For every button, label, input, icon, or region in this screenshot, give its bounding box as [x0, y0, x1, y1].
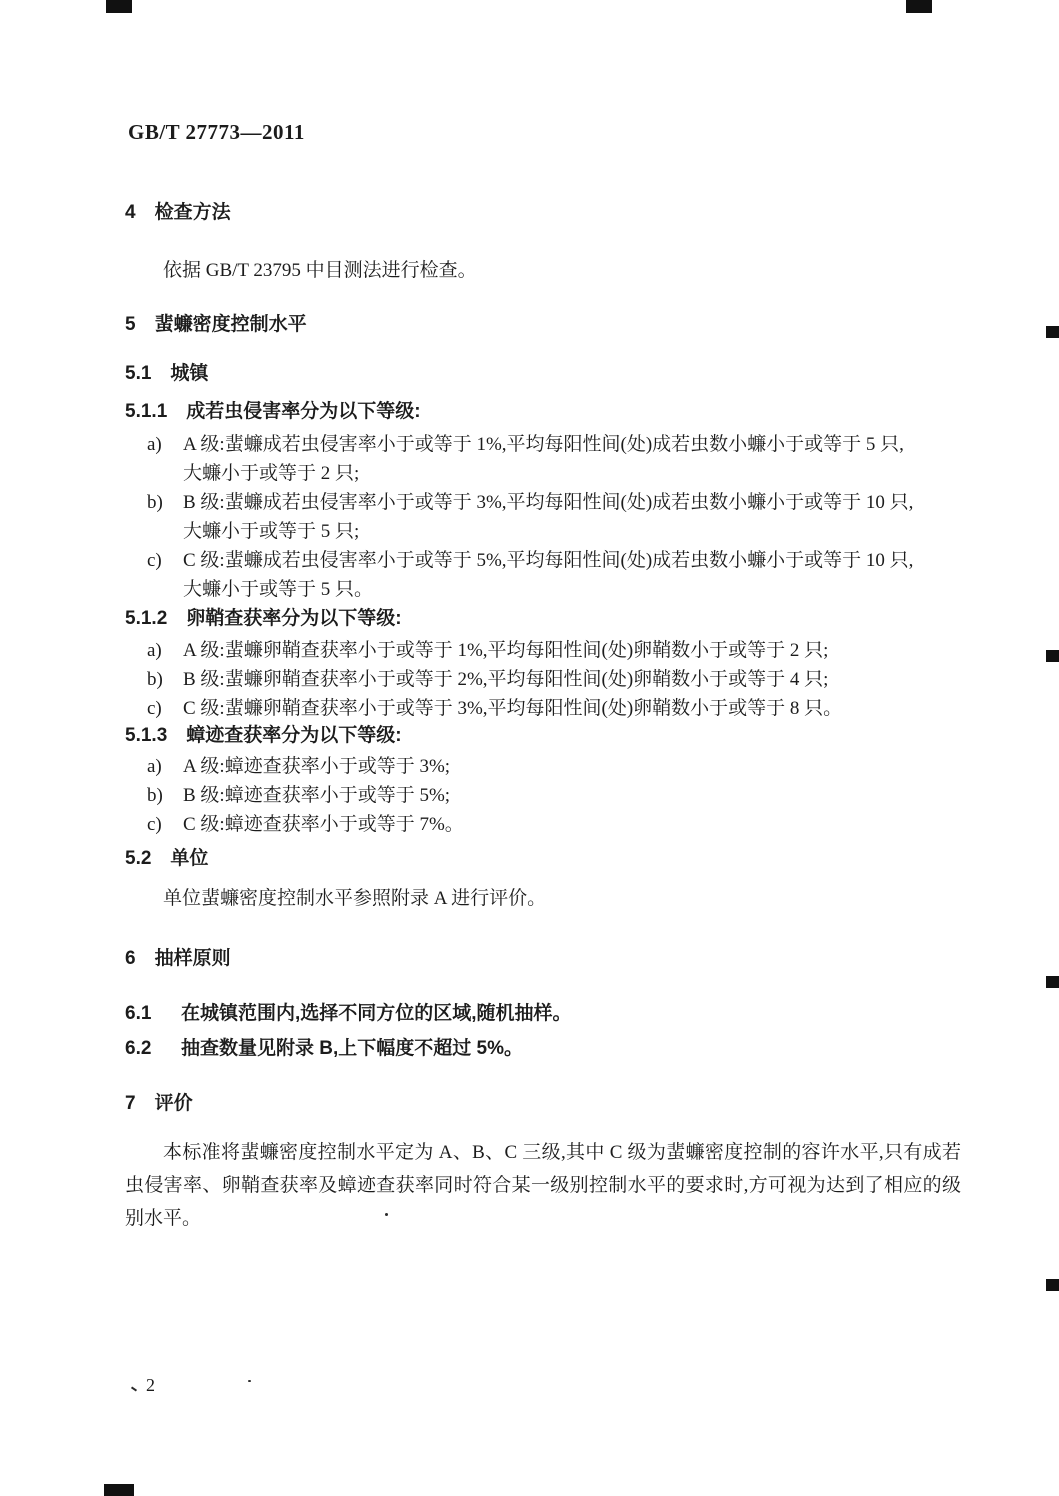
list-item-text: A 级:蟑迹查获率小于或等于 3%;: [183, 752, 960, 781]
scan-dot-1: [385, 1213, 388, 1216]
section-4-number: 4: [125, 202, 136, 223]
section-5-number: 5: [125, 314, 136, 335]
scan-mark-right-1: [1046, 326, 1059, 338]
list-item: c) C 级:蟑迹查获率小于或等于 7%。: [125, 810, 960, 839]
list-item-marker: a): [147, 430, 183, 488]
list-item-marker: b): [147, 488, 183, 546]
list-item-text: A 级:蜚蠊成若虫侵害率小于或等于 1%,平均每阳性间(处)成若虫数小蠊小于或等…: [183, 430, 960, 488]
section-5-1-2-heading: 5.1.2卵鞘查获率分为以下等级:: [125, 607, 960, 631]
document-page: GB/T 27773—2011 4检查方法 依据 GB/T 23795 中目测法…: [0, 0, 1059, 1496]
section-5-2-title: 单位: [170, 848, 208, 869]
section-5-1-2-list: a) A 级:蜚蠊卵鞘查获率小于或等于 1%,平均每阳性间(处)卵鞘数小于或等于…: [125, 636, 960, 723]
page-number: 2: [146, 1374, 155, 1396]
list-item-text: C 级:蟑迹查获率小于或等于 7%。: [183, 810, 960, 839]
section-5-1-3-number: 5.1.3: [125, 725, 167, 746]
scan-mark-right-4: [1046, 1279, 1059, 1291]
list-item-marker: c): [147, 694, 183, 723]
list-item: a) A 级:蜚蠊成若虫侵害率小于或等于 1%,平均每阳性间(处)成若虫数小蠊小…: [125, 430, 960, 488]
section-4-heading: 4检查方法: [125, 201, 960, 225]
scan-tick-page: [131, 1386, 137, 1391]
section-5-1-1-list: a) A 级:蜚蠊成若虫侵害率小于或等于 1%,平均每阳性间(处)成若虫数小蠊小…: [125, 430, 960, 604]
section-5-1-1-number: 5.1.1: [125, 401, 167, 422]
section-7-body: 本标准将蜚蠊密度控制水平定为 A、B、C 三级,其中 C 级为蜚蠊密度控制的容许…: [125, 1136, 961, 1235]
list-item: a) A 级:蟑迹查获率小于或等于 3%;: [125, 752, 960, 781]
section-5-2-heading: 5.2单位: [125, 847, 960, 871]
section-5-title: 蜚蠊密度控制水平: [155, 314, 307, 335]
section-5-1-2-number: 5.1.2: [125, 608, 167, 629]
section-5-1-title: 城镇: [170, 363, 208, 384]
clause-6-1-text: 在城镇范围内,选择不同方位的区域,随机抽样。: [181, 999, 572, 1029]
section-5-1-1-title: 成若虫侵害率分为以下等级:: [186, 401, 420, 422]
list-item: b) B 级:蜚蠊成若虫侵害率小于或等于 3%,平均每阳性间(处)成若虫数小蠊小…: [125, 488, 960, 546]
section-5-heading: 5蜚蠊密度控制水平: [125, 313, 960, 337]
list-item-text: C 级:蜚蠊成若虫侵害率小于或等于 5%,平均每阳性间(处)成若虫数小蠊小于或等…: [183, 546, 960, 604]
section-5-1-1-heading: 5.1.1成若虫侵害率分为以下等级:: [125, 400, 960, 424]
section-6-number: 6: [125, 948, 136, 969]
list-item-text: A 级:蜚蠊卵鞘查获率小于或等于 1%,平均每阳性间(处)卵鞘数小于或等于 2 …: [183, 636, 960, 665]
section-7-number: 7: [125, 1093, 136, 1114]
list-item-marker: b): [147, 781, 183, 810]
clause-6-2: 6.2抽查数量见附录 B,上下幅度不超过 5%。: [125, 1034, 960, 1064]
section-5-1-3-heading: 5.1.3蟑迹查获率分为以下等级:: [125, 724, 960, 748]
section-5-2-number: 5.2: [125, 848, 151, 869]
scan-mark-right-3: [1046, 976, 1059, 988]
scan-dot-2: [248, 1380, 251, 1382]
list-item-text: C 级:蜚蠊卵鞘查获率小于或等于 3%,平均每阳性间(处)卵鞘数小于或等于 8 …: [183, 694, 960, 723]
list-item-text: B 级:蜚蠊卵鞘查获率小于或等于 2%,平均每阳性间(处)卵鞘数小于或等于 4 …: [183, 665, 960, 694]
list-item-marker: a): [147, 636, 183, 665]
section-7-heading: 7评价: [125, 1092, 960, 1116]
scan-mark-top-left: [106, 0, 132, 13]
section-4-title: 检查方法: [155, 202, 231, 223]
section-5-1-3-title: 蟑迹查获率分为以下等级:: [186, 725, 401, 746]
clause-6-1-number: 6.1: [125, 999, 181, 1029]
list-item-text: B 级:蜚蠊成若虫侵害率小于或等于 3%,平均每阳性间(处)成若虫数小蠊小于或等…: [183, 488, 960, 546]
list-item: b) B 级:蟑迹查获率小于或等于 5%;: [125, 781, 960, 810]
section-5-1-2-title: 卵鞘查获率分为以下等级:: [186, 608, 401, 629]
scan-mark-bottom-left: [104, 1484, 134, 1496]
section-6-heading: 6抽样原则: [125, 947, 960, 971]
list-item-marker: c): [147, 546, 183, 604]
clause-6-2-number: 6.2: [125, 1034, 181, 1064]
section-5-1-3-list: a) A 级:蟑迹查获率小于或等于 3%; b) B 级:蟑迹查获率小于或等于 …: [125, 752, 960, 839]
section-4-body: 依据 GB/T 23795 中目测法进行检查。: [125, 256, 960, 286]
list-item-text: B 级:蟑迹查获率小于或等于 5%;: [183, 781, 960, 810]
section-6-title: 抽样原则: [155, 948, 231, 969]
list-item-marker: b): [147, 665, 183, 694]
clause-6-2-text: 抽查数量见附录 B,上下幅度不超过 5%。: [181, 1034, 523, 1064]
list-item: b) B 级:蜚蠊卵鞘查获率小于或等于 2%,平均每阳性间(处)卵鞘数小于或等于…: [125, 665, 960, 694]
clause-6-1: 6.1在城镇范围内,选择不同方位的区域,随机抽样。: [125, 999, 960, 1029]
scan-mark-right-2: [1046, 650, 1059, 662]
section-5-1-number: 5.1: [125, 363, 151, 384]
scan-mark-top-right: [906, 0, 932, 13]
list-item: c) C 级:蜚蠊成若虫侵害率小于或等于 5%,平均每阳性间(处)成若虫数小蠊小…: [125, 546, 960, 604]
doc-code: GB/T 27773—2011: [128, 120, 960, 144]
list-item: c) C 级:蜚蠊卵鞘查获率小于或等于 3%,平均每阳性间(处)卵鞘数小于或等于…: [125, 694, 960, 723]
list-item-marker: c): [147, 810, 183, 839]
section-5-1-heading: 5.1城镇: [125, 362, 960, 386]
list-item-marker: a): [147, 752, 183, 781]
section-5-2-body: 单位蜚蠊密度控制水平参照附录 A 进行评价。: [125, 884, 960, 914]
list-item: a) A 级:蜚蠊卵鞘查获率小于或等于 1%,平均每阳性间(处)卵鞘数小于或等于…: [125, 636, 960, 665]
section-7-title: 评价: [155, 1093, 193, 1114]
